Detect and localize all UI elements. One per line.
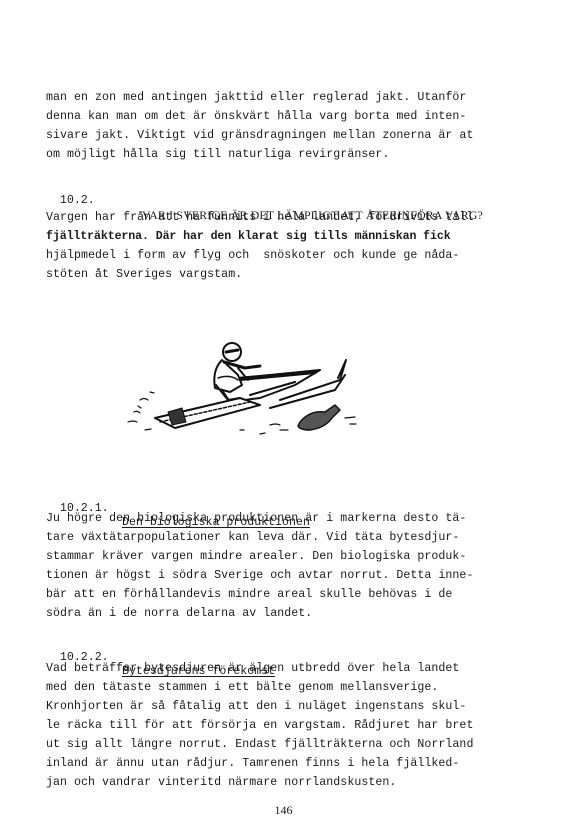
text-line: Ju högre den biologiska produktionen är …: [46, 512, 466, 526]
text-line: inland är ännu utan rådjur. Tamrenen fin…: [46, 757, 459, 771]
page-number: 146: [0, 803, 567, 818]
snowmobile-wolf-illustration: [120, 330, 360, 440]
text-line: stammar kräver vargen mindre arealer. De…: [46, 550, 466, 564]
text-line: om möjligt hålla sig till naturliga revi…: [46, 148, 389, 162]
section-number: 10.2.: [60, 194, 95, 208]
text-line: ut sig allt längre norrut. Endast fjällt…: [46, 738, 473, 752]
text-line: jan och vandrar vinteritd närmare norrla…: [46, 776, 396, 790]
text-line: stöten åt Sveriges vargstam.: [46, 268, 242, 282]
text-line: Kronhjorten är så fåtalig att den i nulä…: [46, 700, 466, 714]
text-line: man en zon med antingen jakttid eller re…: [46, 91, 466, 105]
text-line: södra än i de norra delarna av landet.: [46, 607, 312, 621]
text-line: Vad beträffar bytesdjuren är älgen utbre…: [46, 662, 459, 676]
text-line: sivare jakt. Viktigt vid gränsdragningen…: [46, 129, 473, 143]
text-line: tionen är högst i södra Sverige och avta…: [46, 569, 473, 583]
text-line: med den tätaste stammen i ett bälte geno…: [46, 681, 438, 695]
text-line: bär att en förhållandevis mindre areal s…: [46, 588, 452, 602]
text-line: fjällträkterna. Där har den klarat sig t…: [46, 230, 451, 244]
text-line: Vargen har från att ha funnits i hela la…: [46, 211, 473, 225]
text-line: tare växtätarpopulationer kan leva där. …: [46, 531, 459, 545]
text-line: hjälpmedel i form av flyg och snöskoter …: [46, 249, 459, 263]
text-line: le räcka till för att försörja en vargst…: [46, 719, 473, 733]
text-line: denna kan man om det är önskvärt hålla v…: [46, 110, 466, 124]
